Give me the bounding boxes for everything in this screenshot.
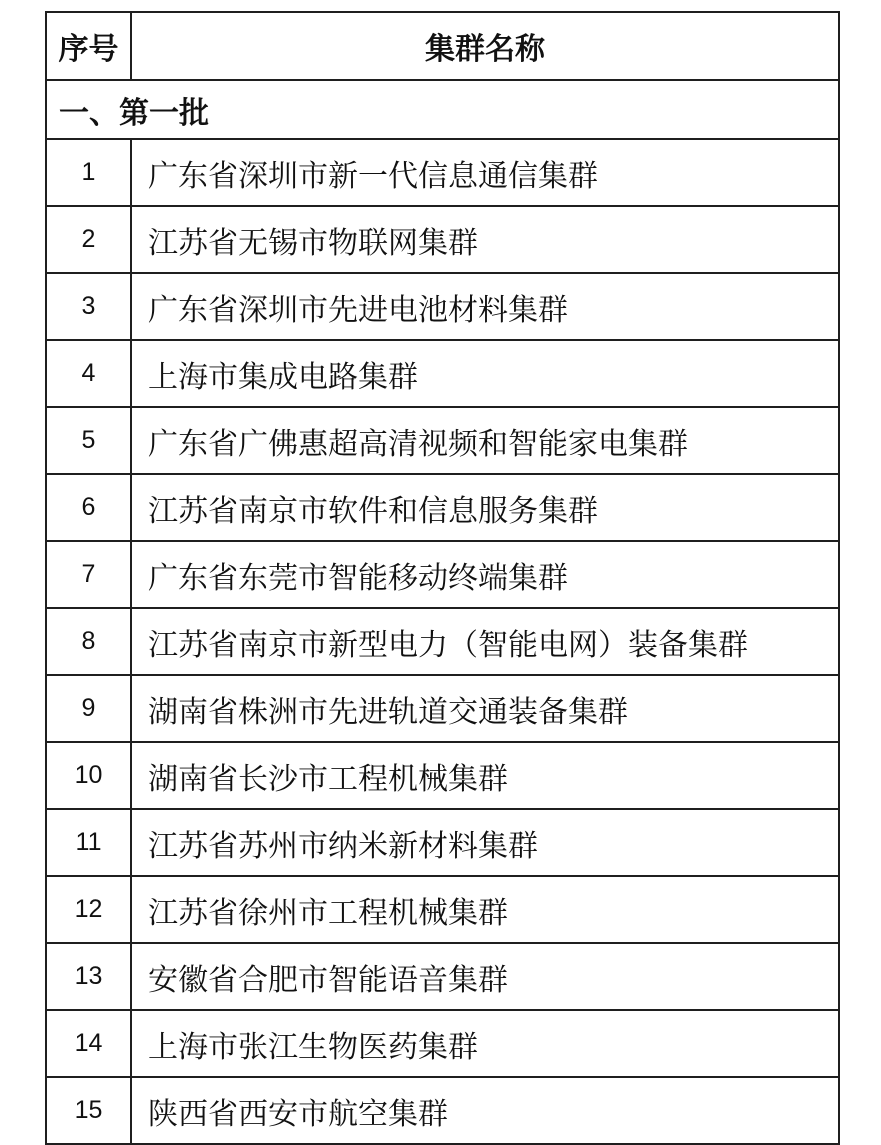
table-body: 1 广东省深圳市新一代信息通信集群 2 江苏省无锡市物联网集群 3 广东省深圳市… xyxy=(46,139,839,1144)
table-row: 3 广东省深圳市先进电池材料集群 xyxy=(46,273,839,340)
row-index-cell: 4 xyxy=(46,340,131,407)
table-header-row: 序号 集群名称 xyxy=(46,12,839,80)
cluster-table-container: 序号 集群名称 一、第一批 1 广东省深圳市新一代信息通信集群 2 江苏省无锡市… xyxy=(45,11,840,1145)
table-row: 13 安徽省合肥市智能语音集群 xyxy=(46,943,839,1010)
row-index-cell: 6 xyxy=(46,474,131,541)
table-row: 5 广东省广佛惠超高清视频和智能家电集群 xyxy=(46,407,839,474)
row-cluster-name-cell: 陕西省西安市航空集群 xyxy=(131,1077,839,1144)
row-index-cell: 11 xyxy=(46,809,131,876)
table-row: 11 江苏省苏州市纳米新材料集群 xyxy=(46,809,839,876)
row-index-cell: 7 xyxy=(46,541,131,608)
row-index-cell: 12 xyxy=(46,876,131,943)
table-row: 6 江苏省南京市软件和信息服务集群 xyxy=(46,474,839,541)
table-row: 8 江苏省南京市新型电力（智能电网）装备集群 xyxy=(46,608,839,675)
cluster-table: 序号 集群名称 一、第一批 1 广东省深圳市新一代信息通信集群 2 江苏省无锡市… xyxy=(45,11,840,1145)
row-cluster-name-cell: 广东省广佛惠超高清视频和智能家电集群 xyxy=(131,407,839,474)
row-index-cell: 10 xyxy=(46,742,131,809)
table-row: 10 湖南省长沙市工程机械集群 xyxy=(46,742,839,809)
row-index-cell: 13 xyxy=(46,943,131,1010)
row-cluster-name-cell: 江苏省南京市新型电力（智能电网）装备集群 xyxy=(131,608,839,675)
row-index-cell: 8 xyxy=(46,608,131,675)
section-header-first-batch: 一、第一批 xyxy=(46,80,839,139)
table-row: 9 湖南省株洲市先进轨道交通装备集群 xyxy=(46,675,839,742)
table-row: 1 广东省深圳市新一代信息通信集群 xyxy=(46,139,839,206)
row-cluster-name-cell: 广东省深圳市新一代信息通信集群 xyxy=(131,139,839,206)
row-index-cell: 5 xyxy=(46,407,131,474)
table-row: 12 江苏省徐州市工程机械集群 xyxy=(46,876,839,943)
row-index-cell: 14 xyxy=(46,1010,131,1077)
row-cluster-name-cell: 湖南省长沙市工程机械集群 xyxy=(131,742,839,809)
table-row: 4 上海市集成电路集群 xyxy=(46,340,839,407)
table-row: 7 广东省东莞市智能移动终端集群 xyxy=(46,541,839,608)
row-cluster-name-cell: 安徽省合肥市智能语音集群 xyxy=(131,943,839,1010)
row-index-cell: 1 xyxy=(46,139,131,206)
row-cluster-name-cell: 上海市张江生物医药集群 xyxy=(131,1010,839,1077)
row-index-cell: 2 xyxy=(46,206,131,273)
column-header-cluster-name: 集群名称 xyxy=(131,12,839,80)
table-row: 2 江苏省无锡市物联网集群 xyxy=(46,206,839,273)
row-cluster-name-cell: 江苏省苏州市纳米新材料集群 xyxy=(131,809,839,876)
row-cluster-name-cell: 湖南省株洲市先进轨道交通装备集群 xyxy=(131,675,839,742)
column-header-index: 序号 xyxy=(46,12,131,80)
row-index-cell: 15 xyxy=(46,1077,131,1144)
row-index-cell: 3 xyxy=(46,273,131,340)
row-index-cell: 9 xyxy=(46,675,131,742)
row-cluster-name-cell: 广东省东莞市智能移动终端集群 xyxy=(131,541,839,608)
table-row: 14 上海市张江生物医药集群 xyxy=(46,1010,839,1077)
section-header-row: 一、第一批 xyxy=(46,80,839,139)
row-cluster-name-cell: 江苏省徐州市工程机械集群 xyxy=(131,876,839,943)
row-cluster-name-cell: 江苏省南京市软件和信息服务集群 xyxy=(131,474,839,541)
row-cluster-name-cell: 上海市集成电路集群 xyxy=(131,340,839,407)
row-cluster-name-cell: 江苏省无锡市物联网集群 xyxy=(131,206,839,273)
row-cluster-name-cell: 广东省深圳市先进电池材料集群 xyxy=(131,273,839,340)
